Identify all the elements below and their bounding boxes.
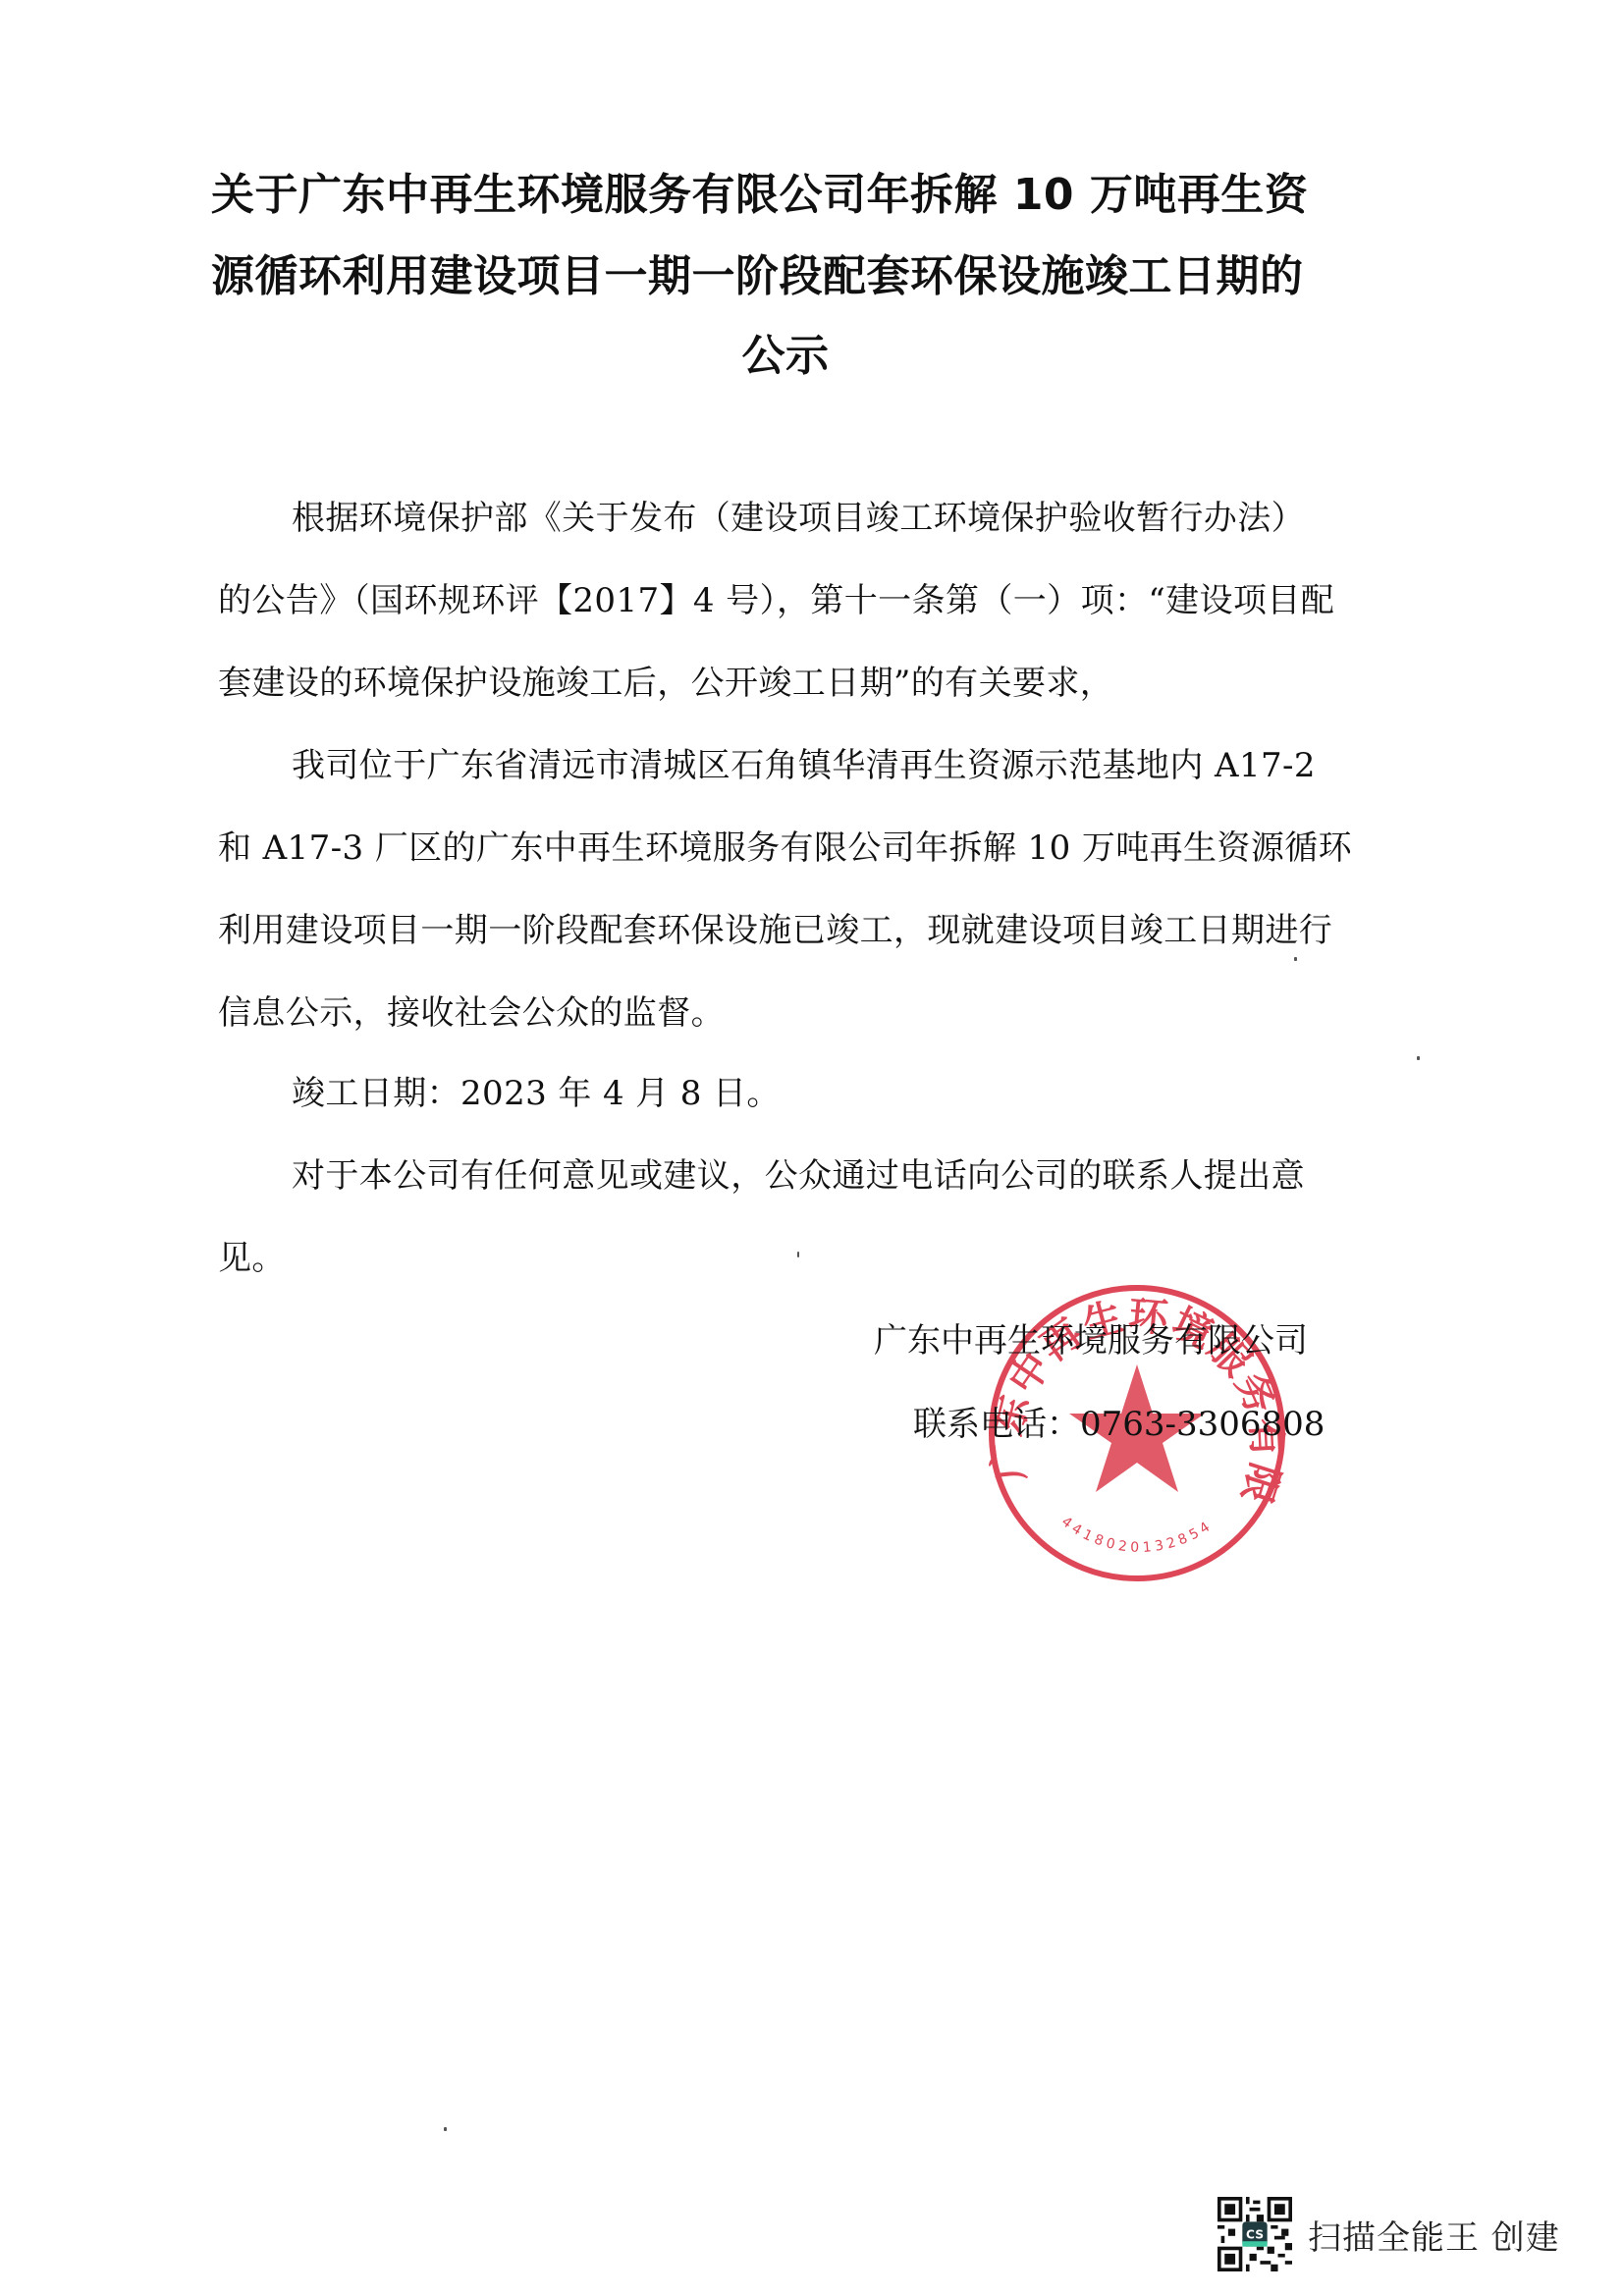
paragraph-1-line-3: 套建设的环境保护设施竣工后，公开竣工日期”的有关要求， <box>218 664 1367 703</box>
paragraph-3-line-2: 见。 <box>218 1239 1367 1278</box>
scan-speck <box>1294 957 1297 961</box>
qr-badge: CS <box>1246 2228 1264 2242</box>
paragraph-3-line-1: 对于本公司有任何意见或建议，公众通过电话向公司的联系人提出意 <box>292 1156 1440 1196</box>
paragraph-1-line-2: 的公告》（国环规环评【2017】4 号），第十一条第（一）项：“建设项目配 <box>218 581 1367 620</box>
signature-company: 广东中再生环境服务有限公司 <box>874 1321 1308 1361</box>
paragraph-2-line-3: 利用建设项目一期一阶段配套环保设施已竣工，现就建设项目竣工日期进行 <box>218 911 1367 950</box>
svg-text:4418020132854: 4418020132854 <box>1058 1514 1217 1556</box>
document-title-line-2: 源循环利用建设项目一期一阶段配套环保设施竣工日期的 <box>211 254 1360 299</box>
signature-phone: 联系电话：0763-3306808 <box>913 1405 1325 1444</box>
paragraph-2-line-1: 我司位于广东省清远市清城区石角镇华清再生资源示范基地内 A17-2 <box>292 746 1440 785</box>
qr-code-icon: CS <box>1217 2197 1292 2271</box>
paragraph-1-line-1: 根据环境保护部《关于发布（建设项目竣工环境保护验收暂行办法） <box>292 499 1440 538</box>
stamp-number: 4418020132854 <box>1058 1514 1217 1556</box>
scan-speck <box>444 2127 447 2131</box>
scan-speck <box>1417 1056 1420 1060</box>
document-title-line-3: 公示 <box>211 334 1360 379</box>
document-title-line-1: 关于广东中再生环境服务有限公司年拆解 10 万吨再生资 <box>211 173 1360 218</box>
scan-speck <box>797 1252 799 1257</box>
watermark-text: 扫描全能王 创建 <box>1308 2211 1560 2259</box>
scanner-watermark: CS 扫描全能王 创建 <box>1217 2195 1560 2273</box>
paragraph-2-line-2: 和 A17-3 厂区的广东中再生环境服务有限公司年拆解 10 万吨再生资源循环 <box>218 828 1367 868</box>
completion-date: 竣工日期：2023 年 4 月 8 日。 <box>292 1074 1440 1113</box>
paragraph-2-line-4: 信息公示，接收社会公众的监督。 <box>218 993 1367 1033</box>
